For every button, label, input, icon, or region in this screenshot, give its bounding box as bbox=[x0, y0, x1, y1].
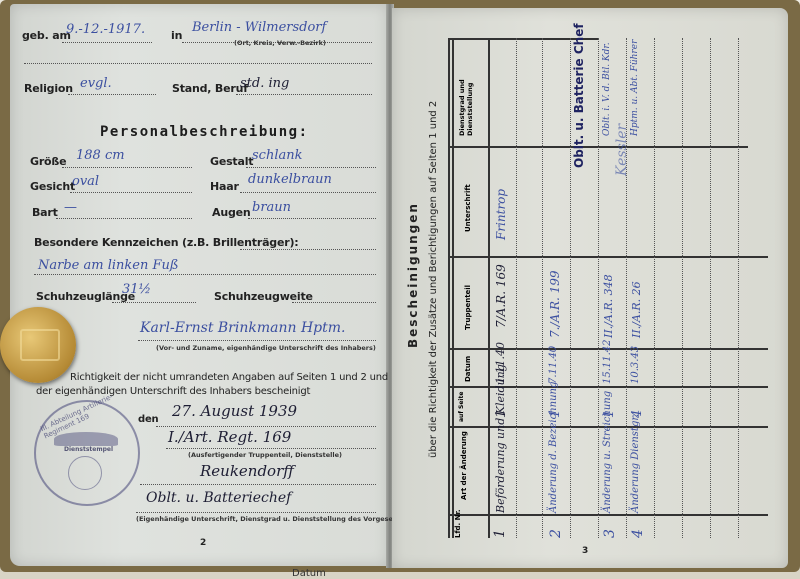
row1-unterschrift: Frintrop bbox=[494, 189, 508, 240]
certificates-title: Bescheinigungen bbox=[406, 202, 420, 348]
dotted-line bbox=[236, 94, 372, 95]
column-header-nr: Lfd. Nr. bbox=[454, 509, 462, 538]
stamp-label: Dienststempel bbox=[64, 446, 113, 453]
column-divider bbox=[448, 256, 768, 258]
row2-truppenteil: 7./A.R. 199 bbox=[548, 270, 562, 338]
dotted-line bbox=[156, 426, 376, 427]
column-header-unterschrift: Unterschrift bbox=[464, 184, 472, 232]
unit-value: I./Art. Regt. 169 bbox=[168, 428, 291, 446]
column-header-truppenteil: Truppenteil bbox=[464, 285, 472, 330]
birthplace-value: Berlin - Wilmersdorf bbox=[192, 20, 326, 35]
face-label: Gesicht bbox=[30, 180, 75, 193]
row3-seite: 1 bbox=[602, 410, 617, 418]
row1-nr: 1 bbox=[492, 529, 508, 538]
face-value: oval bbox=[72, 174, 99, 189]
row2-seite: 1 bbox=[548, 410, 563, 418]
table-border bbox=[448, 38, 450, 538]
birthplace-hint: (Ort, Kreis, Verw.-Bezirk) bbox=[234, 39, 326, 47]
row-separator bbox=[542, 38, 543, 538]
row2-art: Änderung d. Bezeichnung bbox=[548, 382, 559, 513]
row-separator bbox=[516, 38, 517, 538]
dotted-line bbox=[166, 448, 376, 449]
certificates-subtitle: über die Richtigkeit der Zusätze und Ber… bbox=[428, 101, 439, 458]
row-separator bbox=[710, 38, 711, 538]
dotted-line bbox=[246, 167, 376, 168]
dotted-line bbox=[62, 167, 192, 168]
column-header-seite: auf Seite bbox=[458, 392, 465, 422]
row-separator bbox=[626, 38, 627, 538]
height-value: 188 cm bbox=[76, 148, 125, 163]
stamp-emblem-circle bbox=[68, 456, 102, 490]
dotted-line bbox=[34, 274, 376, 275]
column-header-dienstgrad: Dienstgrad und Dienststellung bbox=[458, 36, 474, 136]
row4-unterschrift: Kessler bbox=[614, 124, 630, 176]
unit-hint: (Ausfertigender Truppenteil, Dienststell… bbox=[188, 451, 342, 459]
page-number-left: 2 bbox=[200, 538, 206, 548]
row3-truppenteil: II./A.R. 348 bbox=[602, 274, 615, 338]
column-header-datum: Datum bbox=[464, 356, 472, 382]
certification-text-2: der eigenhändigen Unterschrift des Inhab… bbox=[36, 386, 310, 397]
row4-truppenteil: II./A.R. 26 bbox=[630, 281, 643, 338]
rank-stamp: Oblt. u. Batterie Chef bbox=[572, 23, 586, 168]
officer-rank: Oblt. u. Batteriechef bbox=[146, 490, 291, 506]
row3-dienstgrad: Oblt. i. V. d. Btl. Kdr. bbox=[602, 42, 612, 136]
table-border bbox=[452, 38, 454, 538]
personal-description-title: Personalbeschreibung: bbox=[100, 124, 309, 140]
dotted-line bbox=[138, 340, 376, 341]
beard-value: — bbox=[64, 200, 77, 215]
special-marks-value: Narbe am linken Fuß bbox=[38, 258, 179, 273]
shoe-length-value: 31½ bbox=[122, 282, 151, 297]
row2-datum: 7.11.40 bbox=[548, 346, 559, 384]
born-on-value: 9.-12.-1917. bbox=[66, 22, 145, 37]
row3-datum: 15.11.42 bbox=[602, 339, 613, 384]
dotted-line bbox=[24, 63, 372, 64]
row4-art: Änderung Dienstgr. bbox=[630, 414, 641, 513]
certification-text-1: Richtigkeit der nicht umrandeten Angaben… bbox=[70, 372, 388, 383]
row4-seite: 4 bbox=[630, 410, 645, 418]
build-value: schlank bbox=[252, 148, 302, 163]
dotted-line bbox=[70, 192, 192, 193]
date-label: den bbox=[138, 414, 158, 425]
column-header-art: Art der Änderung bbox=[460, 431, 468, 500]
religion-label: Religion bbox=[24, 82, 73, 95]
dotted-line bbox=[56, 218, 192, 219]
row1-seite: 1 bbox=[494, 410, 509, 418]
holder-signature: Karl-Ernst Brinkmann Hptm. bbox=[140, 320, 345, 336]
coin-emblem bbox=[20, 329, 60, 361]
header-divider bbox=[488, 38, 490, 538]
eyes-label: Augen bbox=[212, 206, 251, 219]
holder-signature-hint: (Vor- und Zuname, eigenhändige Unterschr… bbox=[156, 344, 376, 352]
dotted-line bbox=[140, 484, 376, 485]
background-bottom-text: Datum bbox=[292, 568, 326, 579]
hair-label: Haar bbox=[210, 180, 239, 193]
dotted-line bbox=[68, 94, 156, 95]
date-value: 27. August 1939 bbox=[172, 402, 297, 420]
officer-signature: Reukendorff bbox=[200, 462, 294, 480]
height-label: Größe bbox=[30, 155, 66, 168]
dotted-line bbox=[62, 42, 152, 43]
dotted-line bbox=[240, 192, 376, 193]
official-stamp: III. Abteilung Artillerie-Regiment 169 D… bbox=[34, 400, 140, 506]
row1-art: Beförderung und Kleidung bbox=[494, 364, 507, 513]
right-page-content: Bescheinigungen über die Richtigkeit der… bbox=[392, 8, 788, 568]
eyes-value: braun bbox=[252, 200, 291, 215]
dotted-line bbox=[240, 249, 376, 250]
religion-value: evgl. bbox=[80, 76, 112, 91]
page-number-right: 3 bbox=[582, 546, 588, 556]
officer-rank-hint: (Eigenhändige Unterschrift, Dienstgrad u… bbox=[136, 515, 415, 523]
row-separator bbox=[654, 38, 655, 538]
dotted-line bbox=[112, 302, 196, 303]
hair-value: dunkelbraun bbox=[248, 172, 332, 187]
born-on-label: geb. am bbox=[22, 29, 71, 42]
coin-icon bbox=[0, 307, 76, 383]
row4-nr: 4 bbox=[630, 529, 646, 538]
special-marks-label: Besondere Kennzeichen (z.B. Brillenträge… bbox=[34, 236, 299, 249]
row4-datum: 10.3.43 bbox=[630, 346, 641, 384]
row-separator bbox=[598, 38, 599, 538]
row-separator bbox=[682, 38, 683, 538]
beard-label: Bart bbox=[32, 206, 58, 219]
occupation-value: std. ing bbox=[240, 76, 289, 91]
row1-datum: 1.11.40 bbox=[494, 342, 507, 384]
row4-dienstgrad: Hptm. u. Abt. Führer bbox=[630, 40, 640, 136]
row-separator bbox=[738, 38, 739, 538]
dotted-line bbox=[292, 302, 376, 303]
eagle-icon bbox=[54, 432, 118, 446]
row2-nr: 2 bbox=[548, 529, 564, 538]
dotted-line bbox=[136, 512, 376, 513]
row-separator bbox=[570, 38, 571, 538]
row3-nr: 3 bbox=[602, 529, 618, 538]
birthplace-label: in bbox=[171, 29, 182, 42]
row1-truppenteil: 7/A.R. 169 bbox=[494, 264, 508, 328]
column-divider bbox=[448, 514, 768, 516]
dotted-line bbox=[248, 218, 376, 219]
